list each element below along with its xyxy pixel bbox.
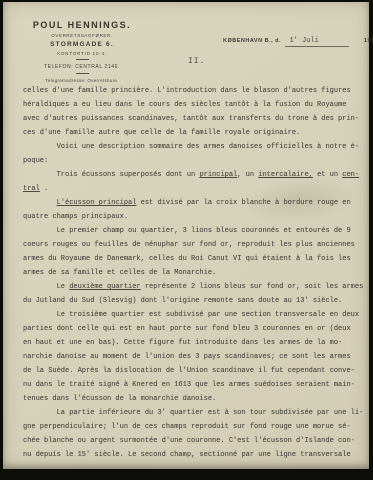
typed-line: en haut et une en bas). Cette figure fut… (23, 336, 365, 350)
typed-line: nu dans le traité signé à Knered en 1613… (23, 378, 365, 392)
dateline-year: 191 (364, 38, 373, 44)
typed-line: armes du Royaume de Danemark, celles du … (23, 252, 365, 266)
typed-line: L'écusson principal est divisé par la cr… (23, 196, 365, 210)
typed-line: héraldiques a eu lieu dans le cours des … (23, 98, 365, 112)
typed-line: chée blanche ou argent surmontée d'une c… (23, 434, 365, 448)
letterhead-title: OVERRETSSAGFØRER. (23, 33, 141, 38)
typed-line: La partie inférieure du 3' quartier est … (23, 406, 365, 420)
typed-line: narchie danoise au moment de l'union des… (23, 350, 365, 364)
typed-line: Le troisième quartier est subdivisé par … (23, 308, 365, 322)
scan-background: POUL HENNINGS. OVERRETSSAGFØRER. STORMGA… (0, 0, 373, 480)
letterhead-name: POUL HENNINGS. (23, 20, 141, 30)
typed-line: Le premier champ ou quartier, 3 lions bl… (23, 224, 365, 238)
typed-line: de la Suède. Après la dislocation de l'U… (23, 364, 365, 378)
letterhead-hours: KONTORTID 10-4. (23, 51, 141, 56)
letterhead-phone: TELEFON: CENTRAL 2146. (23, 64, 141, 70)
letterhead: POUL HENNINGS. OVERRETSSAGFØRER. STORMGA… (23, 20, 141, 83)
typed-line: Voici une description sommaire des armes… (23, 140, 365, 154)
typed-line: Trois écussons superposés dont un princi… (23, 168, 365, 182)
letter-paper: POUL HENNINGS. OVERRETSSAGFØRER. STORMGA… (3, 2, 369, 469)
letterhead-divider (76, 59, 89, 60)
letterhead-divider (76, 73, 89, 74)
typed-line: ces d'une famille autre que celle de la … (23, 126, 365, 140)
typed-line: Le deuxième quartier représente 2 lions … (23, 280, 365, 294)
dateline: KØBENHAVN B., d. 1' Juli 191 4 (223, 29, 363, 45)
typed-line: coeurs rouges ou feuilles de nénuphar su… (23, 238, 365, 252)
typed-line: nu depuis le 15' siècle. Le second champ… (23, 448, 365, 462)
dateline-typed-date: 1' Juli (285, 37, 349, 47)
typed-line: poque: (23, 154, 365, 168)
typed-body: celles d'une famille princière. L'introd… (23, 84, 365, 462)
typed-line: tenues dans l'écusson de la monarchie da… (23, 392, 365, 406)
typed-line: celles d'une famille princière. L'introd… (23, 84, 365, 98)
typed-line: armes de sa famille et celles de la Mona… (23, 266, 365, 280)
typed-line: gne perpendiculaire; l'un de ces champs … (23, 420, 365, 434)
letterhead-telegram: Telegramadresse: Overretshure. (23, 78, 141, 83)
typed-line: du Jutland du Sud (Slesvig) dont l'origi… (23, 294, 365, 308)
page-number: II. (188, 57, 205, 66)
typed-line: parties dont celle qui est en haut porte… (23, 322, 365, 336)
typed-line: tral . (23, 182, 365, 196)
dateline-place: KØBENHAVN B., d. (223, 38, 281, 44)
typed-line: quatre champs principaux. (23, 210, 365, 224)
letterhead-address: STORMGADE 6. (23, 41, 141, 48)
typed-line: avec d'autres puissances scandinaves, ta… (23, 112, 365, 126)
